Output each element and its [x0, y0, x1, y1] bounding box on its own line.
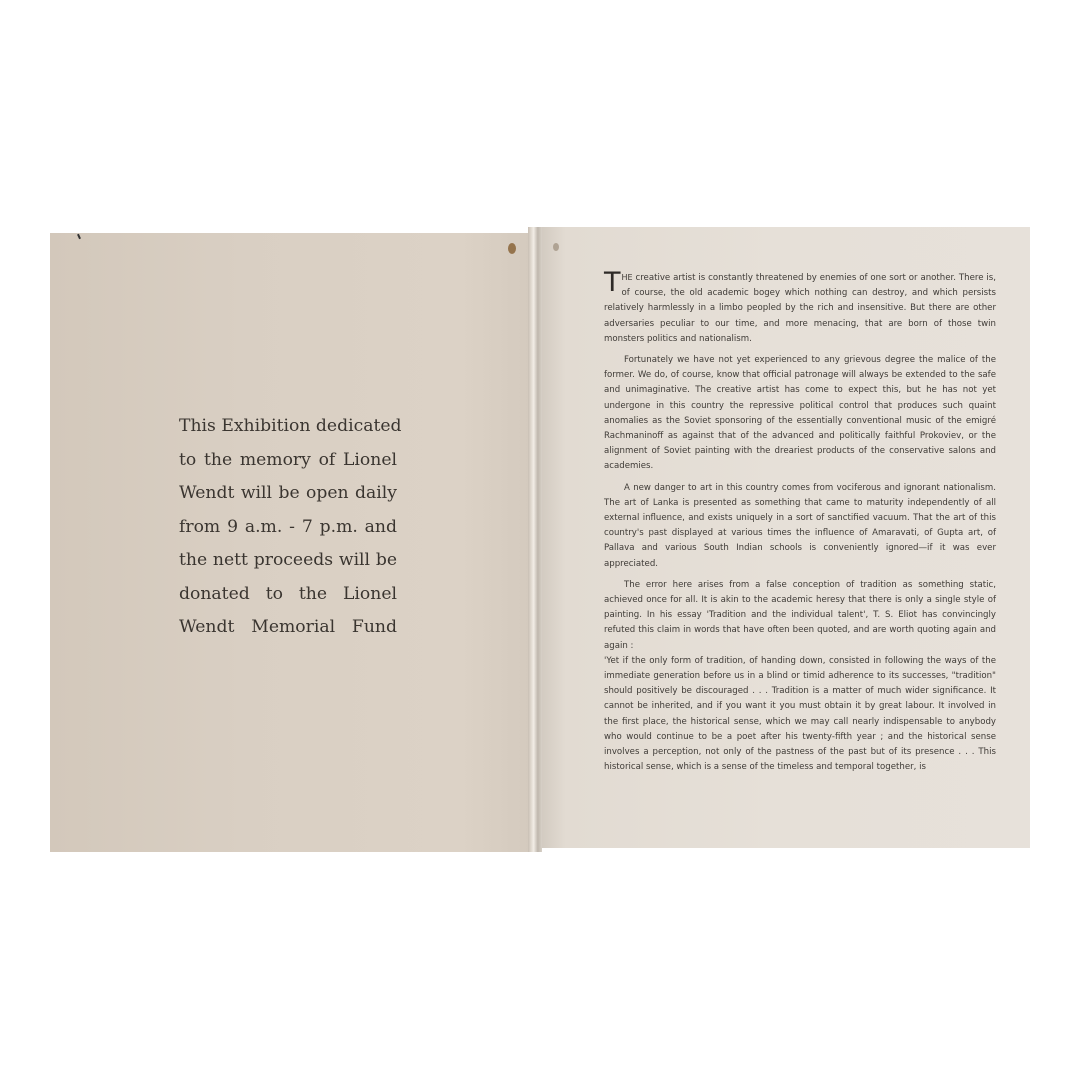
essay-text: THE creative artist is constantly threat… [604, 270, 996, 782]
paper-stain-right [553, 243, 559, 251]
paragraph-text: creative artist is constantly threatened… [604, 273, 996, 344]
drop-cap: T [604, 272, 621, 294]
dedication-text: This Exhibition dedicated to the memory … [179, 410, 397, 645]
essay-paragraph-2: Fortunately we have not yet experienced … [604, 353, 996, 475]
dedication-line: the nett proceeds will be [179, 544, 397, 578]
dedication-line: donated to the Lionel [179, 578, 397, 612]
essay-paragraph-1: THE creative artist is constantly threat… [604, 270, 996, 347]
dedication-line: from 9 a.m. - 7 p.m. and [179, 511, 397, 545]
essay-paragraph-3: A new danger to art in this country come… [604, 481, 996, 572]
dedication-line: This Exhibition dedicated [179, 410, 397, 444]
dedication-line: Wendt Memorial Fund [179, 611, 397, 645]
dedication-line: to the memory of Lionel [179, 444, 397, 478]
first-word: HE [622, 273, 633, 282]
eliot-quote: 'Yet if the only form of tradition, of h… [604, 654, 996, 776]
essay-paragraph-4: The error here arises from a false conce… [604, 578, 996, 654]
book-spine [528, 227, 542, 852]
dedication-line: Wendt will be open daily [179, 477, 397, 511]
paper-stain-left [508, 243, 516, 254]
